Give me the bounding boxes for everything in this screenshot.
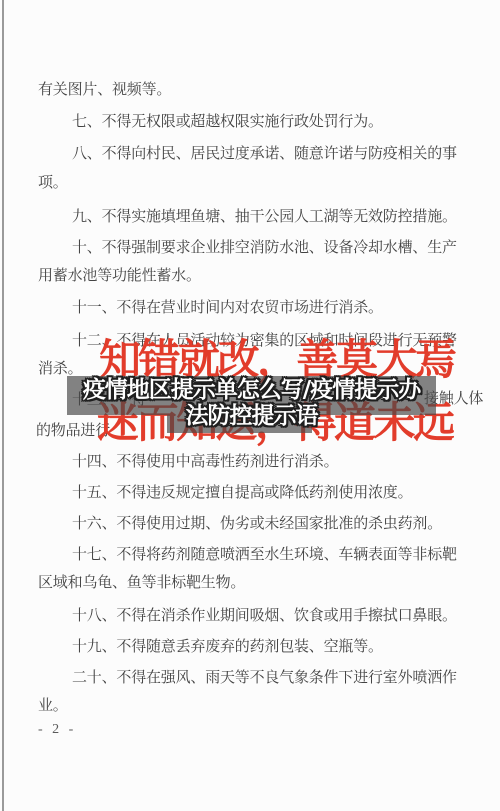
scanned-document-page: 有关图片、视频等。七、不得无权限或超越权限实施行政处罚行为。八、不得向村民、居民… (0, 0, 500, 811)
doc-line: 十、不得强制要求企业排空消防水池、设备冷却水槽、生产 (72, 236, 457, 257)
doc-line: 十六、不得使用过期、伪劣或未经国家批准的杀虫药剂。 (72, 512, 442, 533)
caption-title-line2: 法防控提示语 (67, 404, 436, 429)
caption-overlay: 疫情地区提示单怎么写/疫情提示办 法防控提示语 (67, 376, 436, 433)
doc-line: 十九、不得随意丢弃废弃的药剂包装、空瓶等。 (72, 635, 383, 656)
doc-line: 十一、不得在营业时间内对农贸市场进行消杀。 (72, 296, 383, 317)
doc-line: 八、不得向村民、居民过度承诺、随意许诺与防疫相关的事 (72, 142, 457, 163)
page-number: - 2 - (38, 722, 76, 738)
page-scan-left-border (2, 0, 4, 811)
doc-line: 九、不得实施填埋鱼塘、抽干公园人工湖等无效防控措施。 (72, 205, 457, 226)
doc-line: 十四、不得使用中高毒性药剂进行消杀。 (72, 450, 338, 471)
doc-line: 十五、不得违反规定擅自提高或降低药剂使用浓度。 (72, 481, 412, 502)
doc-line: 项。 (38, 171, 68, 192)
doc-line: 用蓄水池等功能性蓄水。 (38, 264, 201, 285)
doc-line: 区域和乌龟、鱼等非标靶生物。 (38, 571, 245, 592)
doc-line: 七、不得无权限或超越权限实施行政处罚行为。 (72, 110, 383, 131)
doc-line: 业。 (38, 694, 68, 715)
doc-line: 十八、不得在消杀作业期间吸烟、饮食或用手擦拭口鼻眼。 (72, 604, 457, 625)
doc-line: 二十、不得在强风、雨天等不良气象条件下进行室外喷洒作 (72, 666, 457, 687)
doc-line: 消杀。 (38, 357, 82, 378)
doc-line: 有关图片、视频等。 (38, 78, 171, 99)
caption-title-line1: 疫情地区提示单怎么写/疫情提示办 (67, 378, 436, 403)
watermark-line: 知错就改，善莫大焉 (99, 339, 455, 381)
doc-line: 十七、不得将药剂随意喷洒至水生环境、车辆表面等非标靶 (72, 543, 457, 564)
